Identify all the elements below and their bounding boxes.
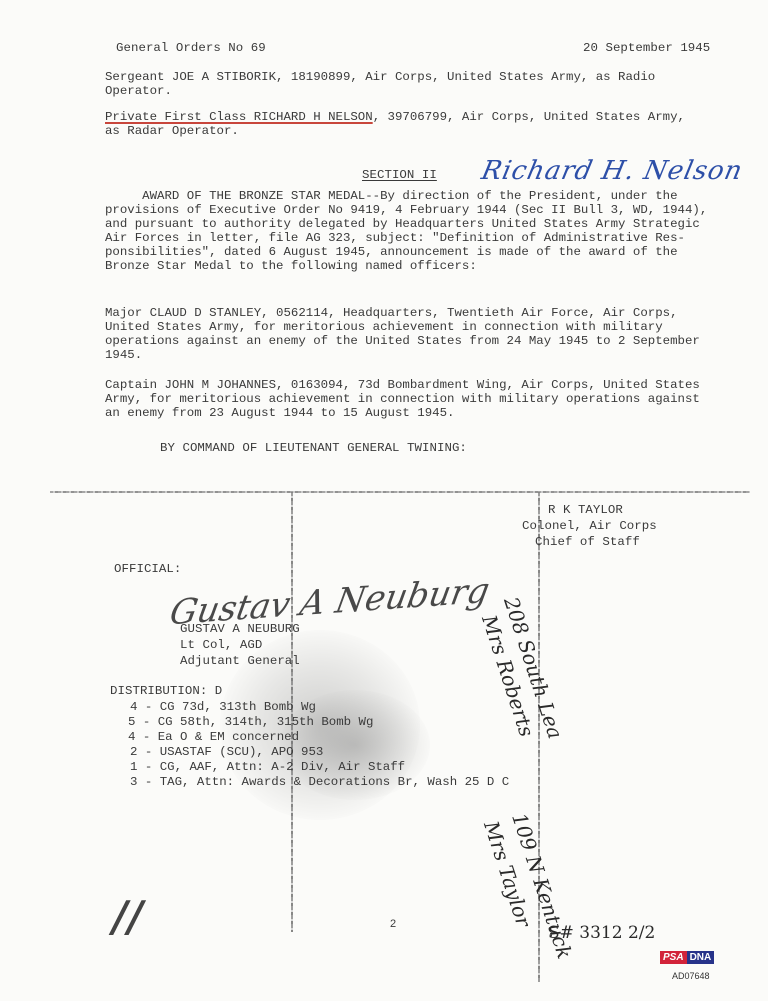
paragraph-line: provisions of Executive Order No 9419, 4… bbox=[105, 203, 725, 217]
adjutant-name: GUSTAV A NEUBURG bbox=[180, 622, 300, 636]
paragraph-line: and pursuant to authority delegated by H… bbox=[105, 217, 725, 231]
chief-of-staff-title: Chief of Staff bbox=[535, 535, 640, 549]
highlighted-name: Private First Class RICHARD H NELSON bbox=[105, 110, 373, 124]
chief-of-staff-name: R K TAYLOR bbox=[548, 503, 623, 517]
command-line: BY COMMAND OF LIEUTENANT GENERAL TWINING… bbox=[160, 441, 467, 455]
paragraph-line: an enemy from 23 August 1944 to 15 Augus… bbox=[105, 406, 725, 420]
blue-ink-signature: Richard H. Nelson bbox=[479, 156, 746, 186]
entry-nelson: Private First Class RICHARD H NELSON, 39… bbox=[105, 110, 725, 138]
entry-line: Operator. bbox=[105, 84, 725, 98]
distribution-label: DISTRIBUTION: D bbox=[110, 684, 222, 698]
paragraph-line: Major CLAUD D STANLEY, 0562114, Headquar… bbox=[105, 306, 725, 320]
page-number: 2 bbox=[390, 917, 396, 931]
paragraph-line: operations against an enemy of the Unite… bbox=[105, 334, 725, 348]
paragraph-line: Army, for meritorious achievement in con… bbox=[105, 392, 725, 406]
handwritten-tally-mark: // bbox=[112, 892, 143, 941]
distribution-item: 2 - USASTAF (SCU), APO 953 bbox=[130, 745, 750, 760]
order-date: 20 September 1945 bbox=[583, 41, 710, 55]
paragraph-line: Air Forces in letter, file AG 323, subje… bbox=[105, 231, 725, 245]
paragraph-line: ponsibilities", dated 6 August 1945, ann… bbox=[105, 245, 725, 259]
distribution-list: 4 - CG 73d, 313th Bomb Wg 5 - CG 58th, 3… bbox=[130, 700, 750, 790]
officer-stanley: Major CLAUD D STANLEY, 0562114, Headquar… bbox=[105, 306, 725, 362]
paragraph-line: United States Army, for meritorious achi… bbox=[105, 320, 725, 334]
dna-logo-text: DNA bbox=[687, 951, 715, 964]
distribution-item: 5 - CG 58th, 314th, 315th Bomb Wg bbox=[128, 715, 750, 730]
entry-line: as Radar Operator. bbox=[105, 124, 725, 138]
officer-johannes: Captain JOHN M JOHANNES, 0163094, 73d Bo… bbox=[105, 378, 725, 420]
horizontal-fold-line bbox=[50, 491, 750, 493]
award-paragraph: AWARD OF THE BRONZE STAR MEDAL--By direc… bbox=[105, 189, 725, 273]
psa-logo-text: PSA bbox=[660, 951, 687, 964]
adjutant-title: Adjutant General bbox=[180, 654, 300, 668]
distribution-item: 4 - Ea O & EM concerned bbox=[128, 730, 750, 745]
psa-dna-logo: PSA DNA bbox=[660, 951, 714, 964]
general-orders-number: General Orders No 69 bbox=[116, 41, 266, 55]
entry-stiborik: Sergeant JOE A STIBORIK, 18190899, Air C… bbox=[105, 70, 725, 98]
entry-line: Sergeant JOE A STIBORIK, 18190899, Air C… bbox=[105, 70, 725, 84]
paragraph-line: Captain JOHN M JOHANNES, 0163094, 73d Bo… bbox=[105, 378, 725, 392]
paragraph-line: AWARD OF THE BRONZE STAR MEDAL--By direc… bbox=[105, 189, 725, 203]
entry-line: , 39706799, Air Corps, United States Arm… bbox=[373, 110, 685, 124]
document-page: General Orders No 69 20 September 1945 S… bbox=[0, 0, 768, 1001]
paragraph-line: Bronze Star Medal to the following named… bbox=[105, 259, 725, 273]
paragraph-line: 1945. bbox=[105, 348, 725, 362]
distribution-item: 1 - CG, AAF, Attn: A-2 Div, Air Staff bbox=[130, 760, 750, 775]
adjutant-rank: Lt Col, AGD bbox=[180, 638, 262, 652]
section-title: SECTION II bbox=[362, 168, 437, 182]
distribution-item: 4 - CG 73d, 313th Bomb Wg bbox=[130, 700, 750, 715]
certification-number: AD07648 bbox=[672, 971, 710, 981]
chief-of-staff-rank: Colonel, Air Corps bbox=[522, 519, 657, 533]
official-label: OFFICIAL: bbox=[114, 562, 181, 576]
distribution-item: 3 - TAG, Attn: Awards & Decorations Br, … bbox=[130, 775, 750, 790]
handwritten-stock-number: S# 3312 2/2 bbox=[548, 923, 655, 943]
